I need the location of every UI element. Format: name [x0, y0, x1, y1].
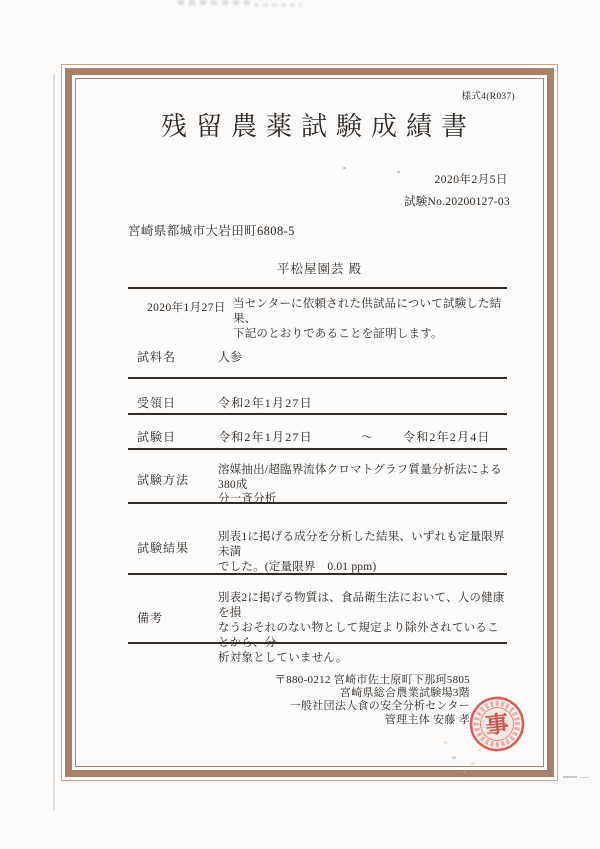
- document-title: 残留農薬試験成績書: [61, 110, 567, 144]
- value-line: 別表1に掲げる成分を分析した結果、いずれも定量限界未満: [218, 530, 510, 560]
- stamp-ink-smudge: [444, 741, 447, 744]
- stamp-ink-smudge: [452, 756, 456, 759]
- field-value-received-date: 令和2年1月27日: [218, 394, 313, 411]
- issuer-organization: 一般社団法人食の安全分析センター: [275, 700, 470, 713]
- field-label-test-method: 試験方法: [137, 471, 189, 488]
- issuer-address-line2: 宮崎県総合農業試験場3階: [275, 687, 470, 700]
- statement-line: 下記のとおりであることを証明します。: [233, 327, 515, 342]
- value-line: なうおそれのない物として規定より除外されていることから、分: [218, 621, 510, 651]
- field-value-test-end-date: 令和2年2月4日: [403, 428, 491, 445]
- divider-line: [128, 413, 507, 415]
- recipient-address: 宮崎県都城市大岩田町6808-5: [128, 221, 295, 239]
- field-value-test-start-date: 令和2年1月27日: [218, 428, 313, 445]
- value-line: 溶媒抽出/超臨界流体クロマトグラフ質量分析法による380成: [218, 463, 510, 492]
- form-code: 様式4(R037): [462, 88, 515, 102]
- value-line: 別表2に掲げる物質は、食品衛生法において、人の健康を損: [218, 591, 510, 621]
- divider-line: [128, 287, 507, 289]
- scan-artifact-dash: [580, 777, 589, 778]
- field-value-remarks: 別表2に掲げる物質は、食品衛生法において、人の健康を損 なうおそれのない物として…: [218, 591, 510, 666]
- official-seal-stamp: 事: [464, 691, 530, 757]
- field-label-received-date: 受領日: [137, 394, 176, 411]
- value-line: でした。(定量限界 0.01 ppm): [218, 560, 510, 575]
- seal-icon: 事: [464, 691, 530, 757]
- divider-line: [128, 448, 507, 450]
- field-value-test-result: 別表1に掲げる成分を分析した結果、いずれも定量限界未満 でした。(定量限界 0.…: [218, 530, 510, 575]
- field-label-sample: 試料名: [137, 348, 176, 365]
- stamp-ink-smudge: [470, 762, 475, 765]
- issuer-address-line1: 〒880-0212 宮崎市佐土原町下那珂5805: [275, 674, 470, 687]
- value-line: 析対象としていません。: [218, 651, 510, 666]
- stamp-ink-smudge: [478, 749, 481, 751]
- scan-artifact-dash: [563, 776, 577, 778]
- field-label-remarks: 備考: [137, 609, 163, 626]
- issue-date: 2020年2月5日: [435, 171, 509, 187]
- issuer-block: 〒880-0212 宮崎市佐土原町下那珂5805 宮崎県総合農業試験場3階 一般…: [275, 674, 470, 727]
- statement-line: 当センターに依頼された供試品について試験した結果、: [233, 297, 515, 327]
- statement-text: 当センターに依頼された供試品について試験した結果、 下記のとおりであることを証明…: [233, 297, 515, 342]
- field-label-test-date: 試験日: [137, 428, 176, 445]
- issuer-manager: 管理主体 安藤 孝: [275, 714, 470, 727]
- scan-smudge: [178, 0, 250, 5]
- recipient-name: 平松屋園芸 殿: [277, 259, 362, 277]
- tilde-range-separator: 〜: [361, 428, 373, 445]
- divider-line: [128, 377, 507, 379]
- stamp-ink-smudge: [463, 770, 466, 773]
- statement-date: 2020年1月27日: [147, 299, 226, 315]
- scan-smudge: [254, 3, 302, 7]
- field-value-test-method: 溶媒抽出/超臨界流体クロマトグラフ質量分析法による380成 分一斉分析: [218, 463, 510, 507]
- value-line: 分一斉分析: [218, 492, 510, 507]
- field-label-test-result: 試験結果: [137, 539, 189, 556]
- field-value-sample: 人参: [218, 348, 242, 365]
- test-number: 試験No.20200127-03: [404, 193, 510, 209]
- scan-edge-artifact: [53, 74, 55, 810]
